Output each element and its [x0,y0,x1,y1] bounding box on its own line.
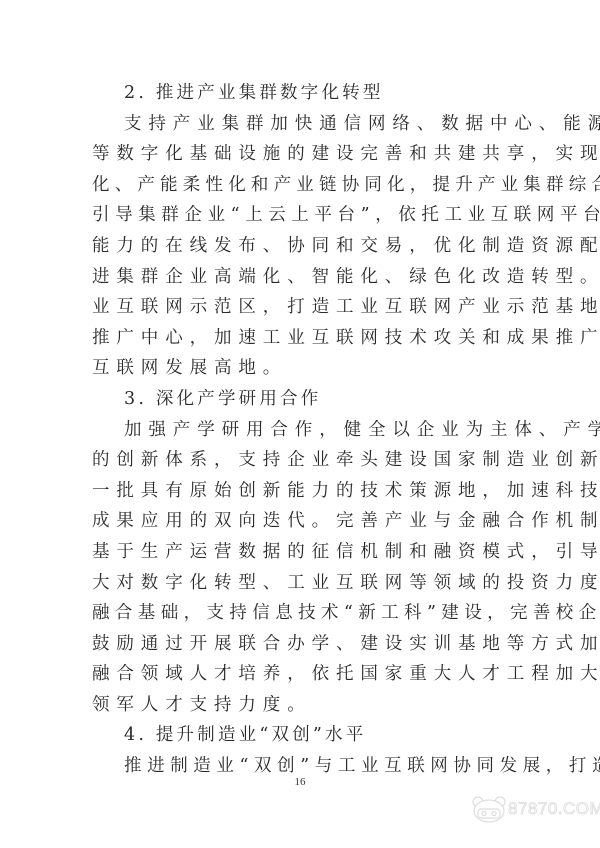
site-watermark: 87870.COM [472,792,598,826]
paragraph-line: 领军人才支持力度。 [92,690,510,721]
paragraph-line: 等数字化基础设施的建设完善和共建共享，实现资源在线 [92,139,510,170]
paragraph-line: 一批具有原始创新能力的技术策源地，加速科技研发与科技 [92,476,510,507]
paragraph-line: 业互联网示范区，打造工业互联网产业示范基地和应用创新 [92,292,510,323]
paragraph-line: 化、产能柔性化和产业链协同化，提升产业集群综合竞争力。 [92,170,510,201]
paragraph-line: 成果应用的双向迭代。完善产业与金融合作机制，探索建立 [92,506,510,537]
paragraph-line: 能力的在线发布、协同和交易，优化制造资源配置效率，促 [92,231,510,262]
paragraph-line: 引导集群企业“上云上平台”，依托工业互联网平台实现制造 [92,200,510,231]
paragraph-line: 融合领域人才培养，依托国家重大人才工程加大对融合发展 [92,659,510,690]
section-heading: 4. 提升制造业“双创”水平 [92,720,510,751]
paragraph-line: 鼓励通过开展联合办学、建设实训基地等方式加强两化深度 [92,629,510,660]
paragraph-line: 互联网发展高地。 [92,353,510,384]
section-heading: 2. 推进产业集群数字化转型 [92,78,510,109]
bear-logo-icon [472,795,506,823]
paragraph-line: 融合基础，支持信息技术“新工科”建设，完善校企合作机制， [92,598,510,629]
page-number: 16 [0,776,600,788]
paragraph-line: 大对数字化转型、工业互联网等领域的投资力度。夯实产教 [92,568,510,599]
section-heading: 3. 深化产学研用合作 [92,384,510,415]
paragraph-line: 的创新体系，支持企业牵头建设国家制造业创新中心，培育 [92,445,510,476]
paragraph-line: 支持产业集群加快通信网络、数据中心、能源管控中心 [92,109,510,140]
paragraph-line: 推广中心，加速工业互联网技术攻关和成果推广，打造工业 [92,323,510,354]
paragraph-line: 基于生产运营数据的征信机制和融资模式，引导资本市场加 [92,537,510,568]
document-page: 2. 推进产业集群数字化转型 支持产业集群加快通信网络、数据中心、能源管控中心 … [92,78,510,782]
watermark-text: 87870.COM [508,799,600,819]
paragraph-line: 加强产学研用合作，健全以企业为主体、产学研用协同 [92,415,510,446]
paragraph-line: 进集群企业高端化、智能化、绿色化改造转型。创建一批工 [92,262,510,293]
